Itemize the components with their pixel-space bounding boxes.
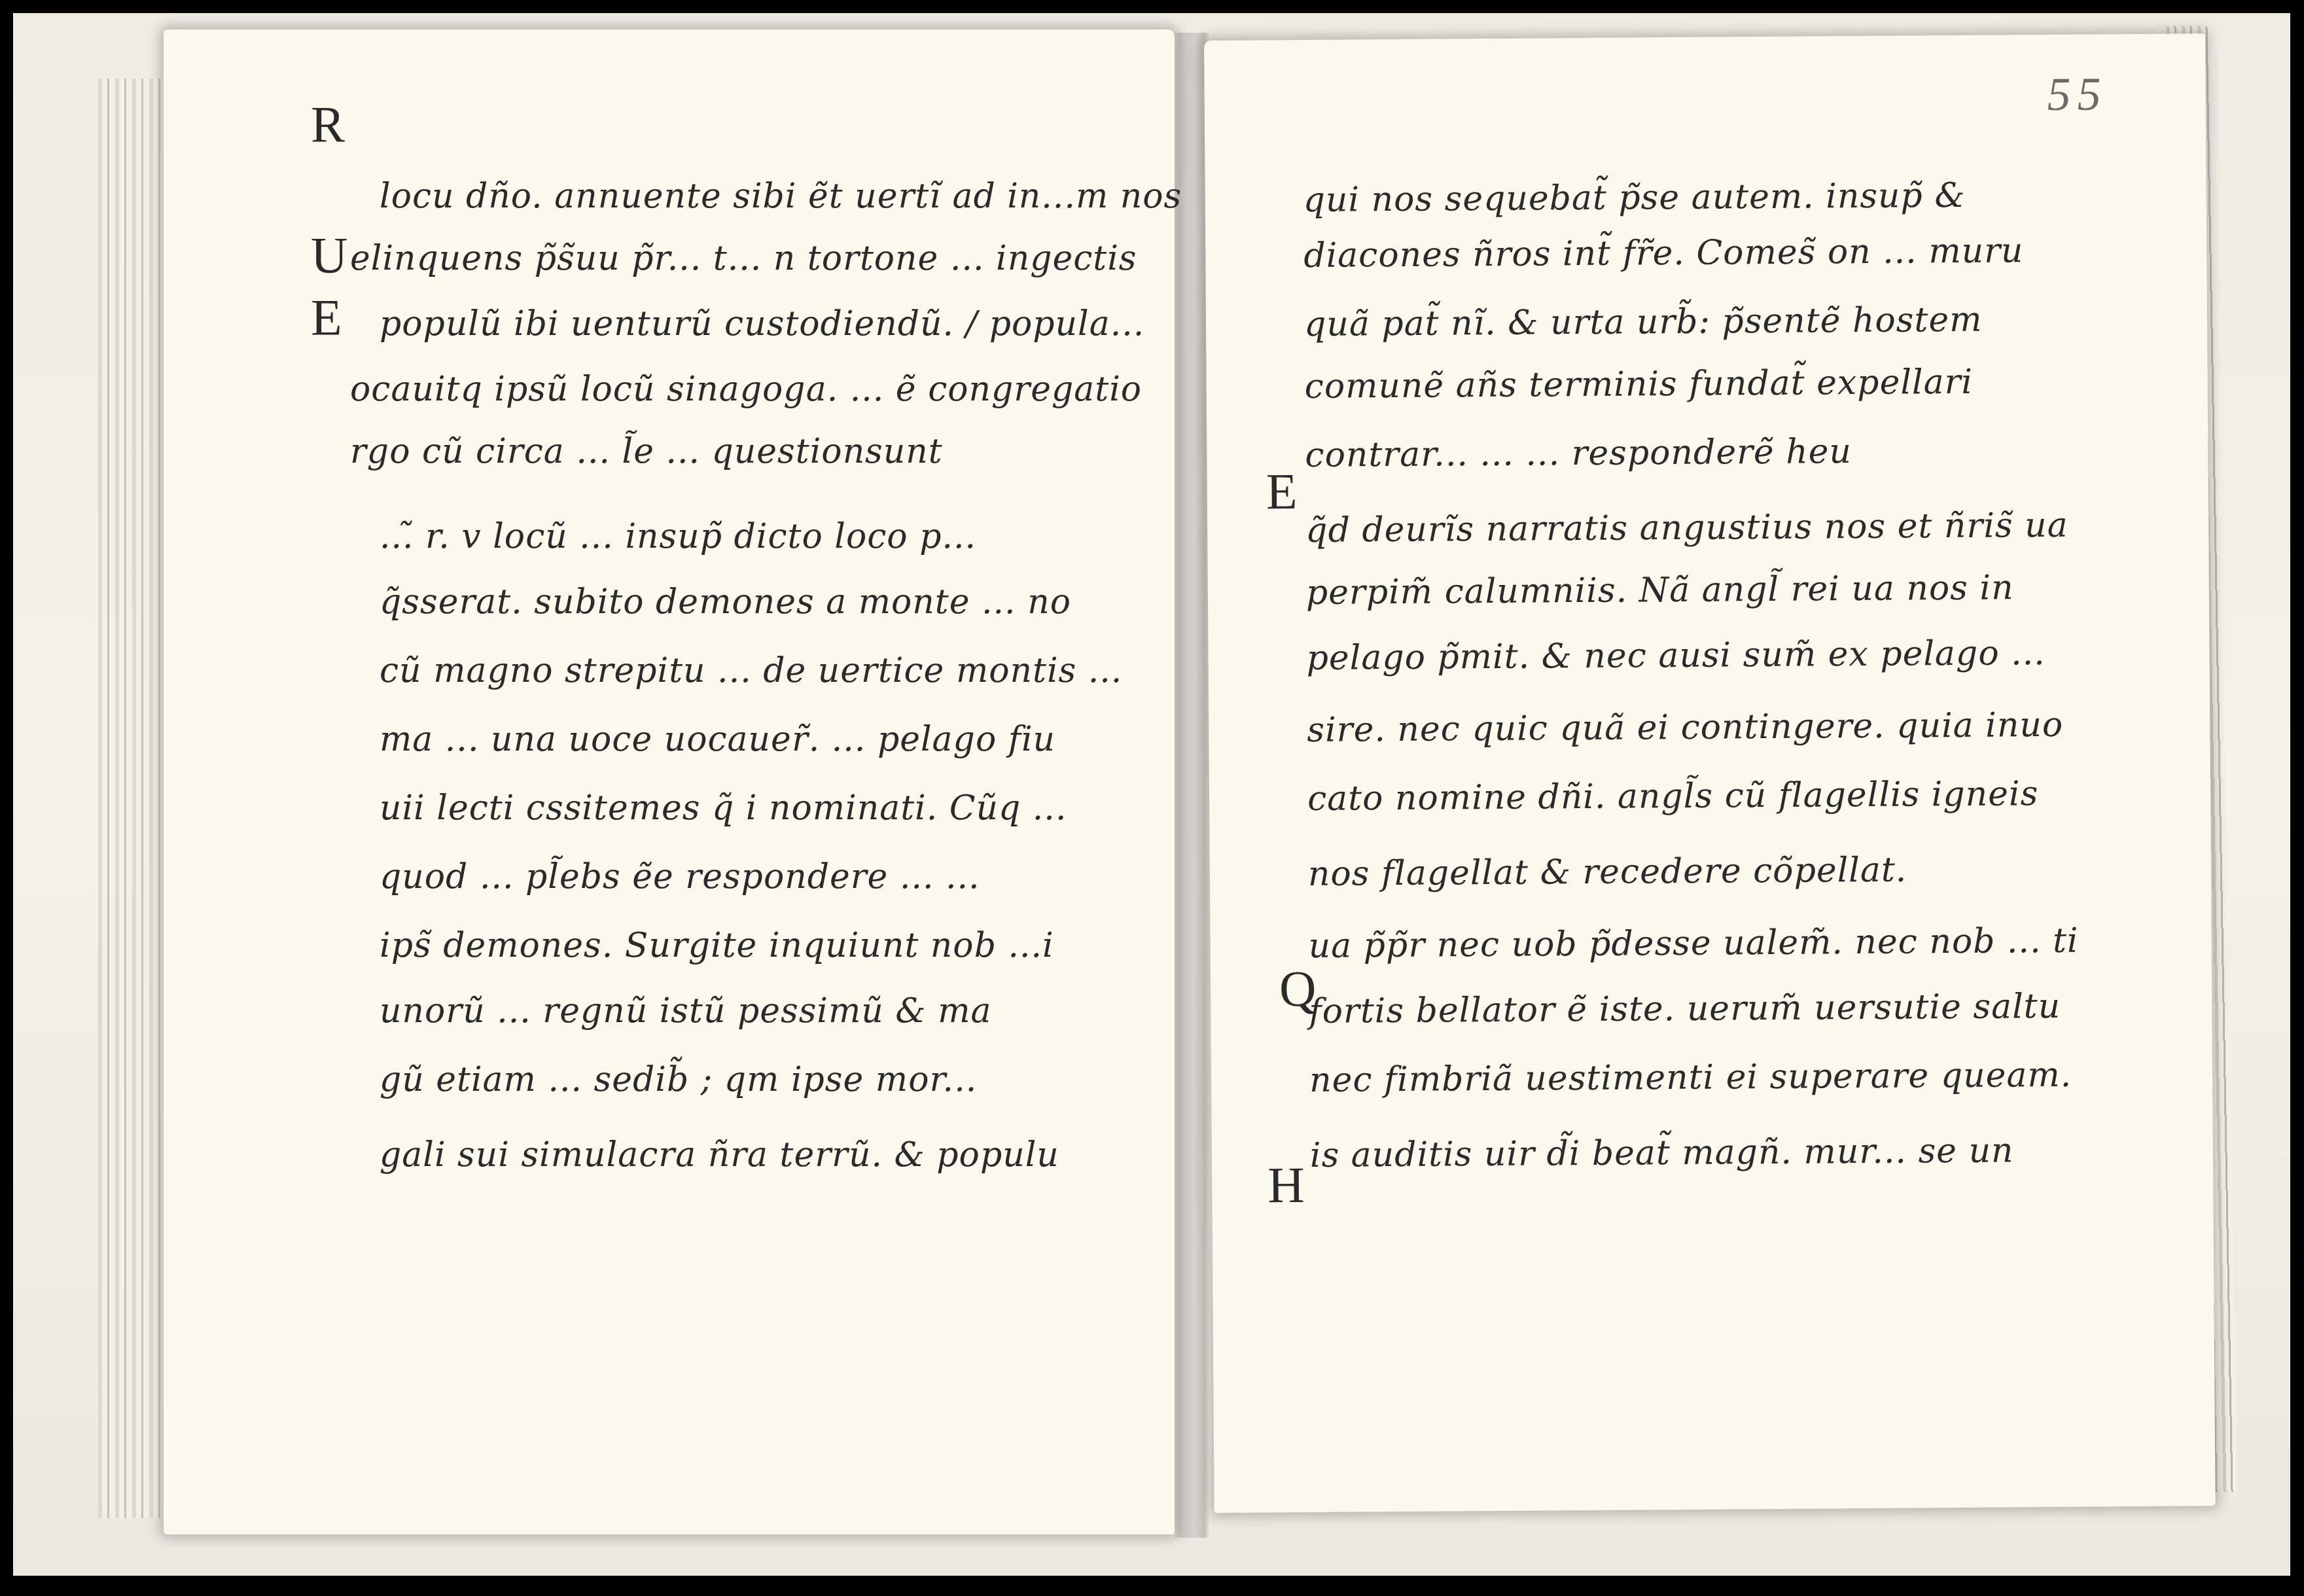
text-line: ua p̃p̃r nec uob p̃desse ualem̃. nec nob… bbox=[1308, 921, 2078, 966]
left-page: R U E locu dño. annuente sibi ẽt uerti… bbox=[164, 29, 1175, 1534]
text-line: gali sui simulacra ñra terrũ. & populu bbox=[380, 1135, 1059, 1175]
folio-number: 55 bbox=[2047, 67, 2108, 122]
text-line: pelago p̃mit. & nec ausi sum̃ ex pelago … bbox=[1306, 633, 2046, 678]
text-line: ...̃ r. v locũ ... insup̃ dicto loco p.… bbox=[380, 517, 976, 556]
text-line: sire. nec quic quã ei contingere. quia … bbox=[1307, 705, 2063, 750]
text-line: quã pat̃ nĩ. & urta urb̃: p̃sentẽ hos… bbox=[1304, 300, 1983, 344]
initial-letter: H bbox=[1267, 1156, 1305, 1215]
text-line: is auditis uir d̃i beat̃ magñ. mur... s… bbox=[1310, 1131, 2014, 1175]
text-line: perpim̃ calumniis. Nã angl̃ rei ua nos … bbox=[1306, 568, 2014, 612]
text-line: cũ magno strepitu ... de uertice montis… bbox=[380, 651, 1122, 690]
text-line: qui nos sequebat̃ p̃se autem. insup̃ & bbox=[1303, 176, 1965, 220]
text-line: unorũ ... regnũ istũ pessimũ & ma bbox=[380, 991, 991, 1031]
initial-letter: U bbox=[311, 226, 347, 285]
initial-letter: E bbox=[1266, 462, 1298, 521]
right-page: 55 E Q H qui nos sequebat̃ p̃se autem. i… bbox=[1204, 33, 2216, 1513]
text-line: diacones ñros int̃ fr̃e. Comes̃ on ... … bbox=[1303, 231, 2024, 275]
text-line: cato nomine dñi. angl̃s cũ flagellis i… bbox=[1307, 774, 2039, 819]
text-line: uii lecti cssitemes q̃ i nominati. Cũq … bbox=[380, 789, 1067, 828]
text-line: populũ ibi uenturũ custodiendũ. / pop… bbox=[380, 304, 1144, 344]
text-line: q̃sserat. subito demones a monte ... no bbox=[380, 582, 1071, 622]
text-line: contrar... ... ... responderẽ heu bbox=[1305, 432, 1852, 475]
text-line: quod ... pl̃ebs ẽe respondere ... ... bbox=[380, 857, 980, 896]
text-line: rgo cũ circa ... l̃e ... questionsunt bbox=[350, 432, 943, 471]
text-line: elinquens p̃s̃uu p̃r... t... n tortone .… bbox=[350, 239, 1137, 278]
book-gutter bbox=[1171, 33, 1211, 1538]
text-line: nos flagellat & recedere cõpellat. bbox=[1308, 851, 1907, 894]
initial-letter: E bbox=[311, 288, 342, 347]
text-line: gũ etiam ... sedib̃ ; qm ipse mor... bbox=[380, 1060, 977, 1099]
text-line: q̃d deurĩs narratis angustius nos et ñ… bbox=[1305, 506, 2068, 550]
initial-letter: R bbox=[311, 95, 345, 154]
text-line: locu dño. annuente sibi ẽt uertĩ ad i… bbox=[380, 177, 1182, 216]
text-line: ocauitq ipsũ locũ sinagoga. ... ẽ con… bbox=[350, 370, 1142, 409]
text-line: nec fimbriã uestimenti ei superare quea… bbox=[1309, 1055, 2072, 1100]
text-line: fortis bellator ẽ iste. uerum̃ uersutie… bbox=[1309, 987, 2061, 1031]
text-line: comunẽ añs terminis fundat̃ expellari bbox=[1304, 363, 1973, 406]
text-line: ma ... una uoce uocauer̃. ... pelago fiu bbox=[380, 720, 1055, 759]
text-line: ips̃ demones. Surgite inquiunt nob ...i bbox=[380, 926, 1054, 965]
